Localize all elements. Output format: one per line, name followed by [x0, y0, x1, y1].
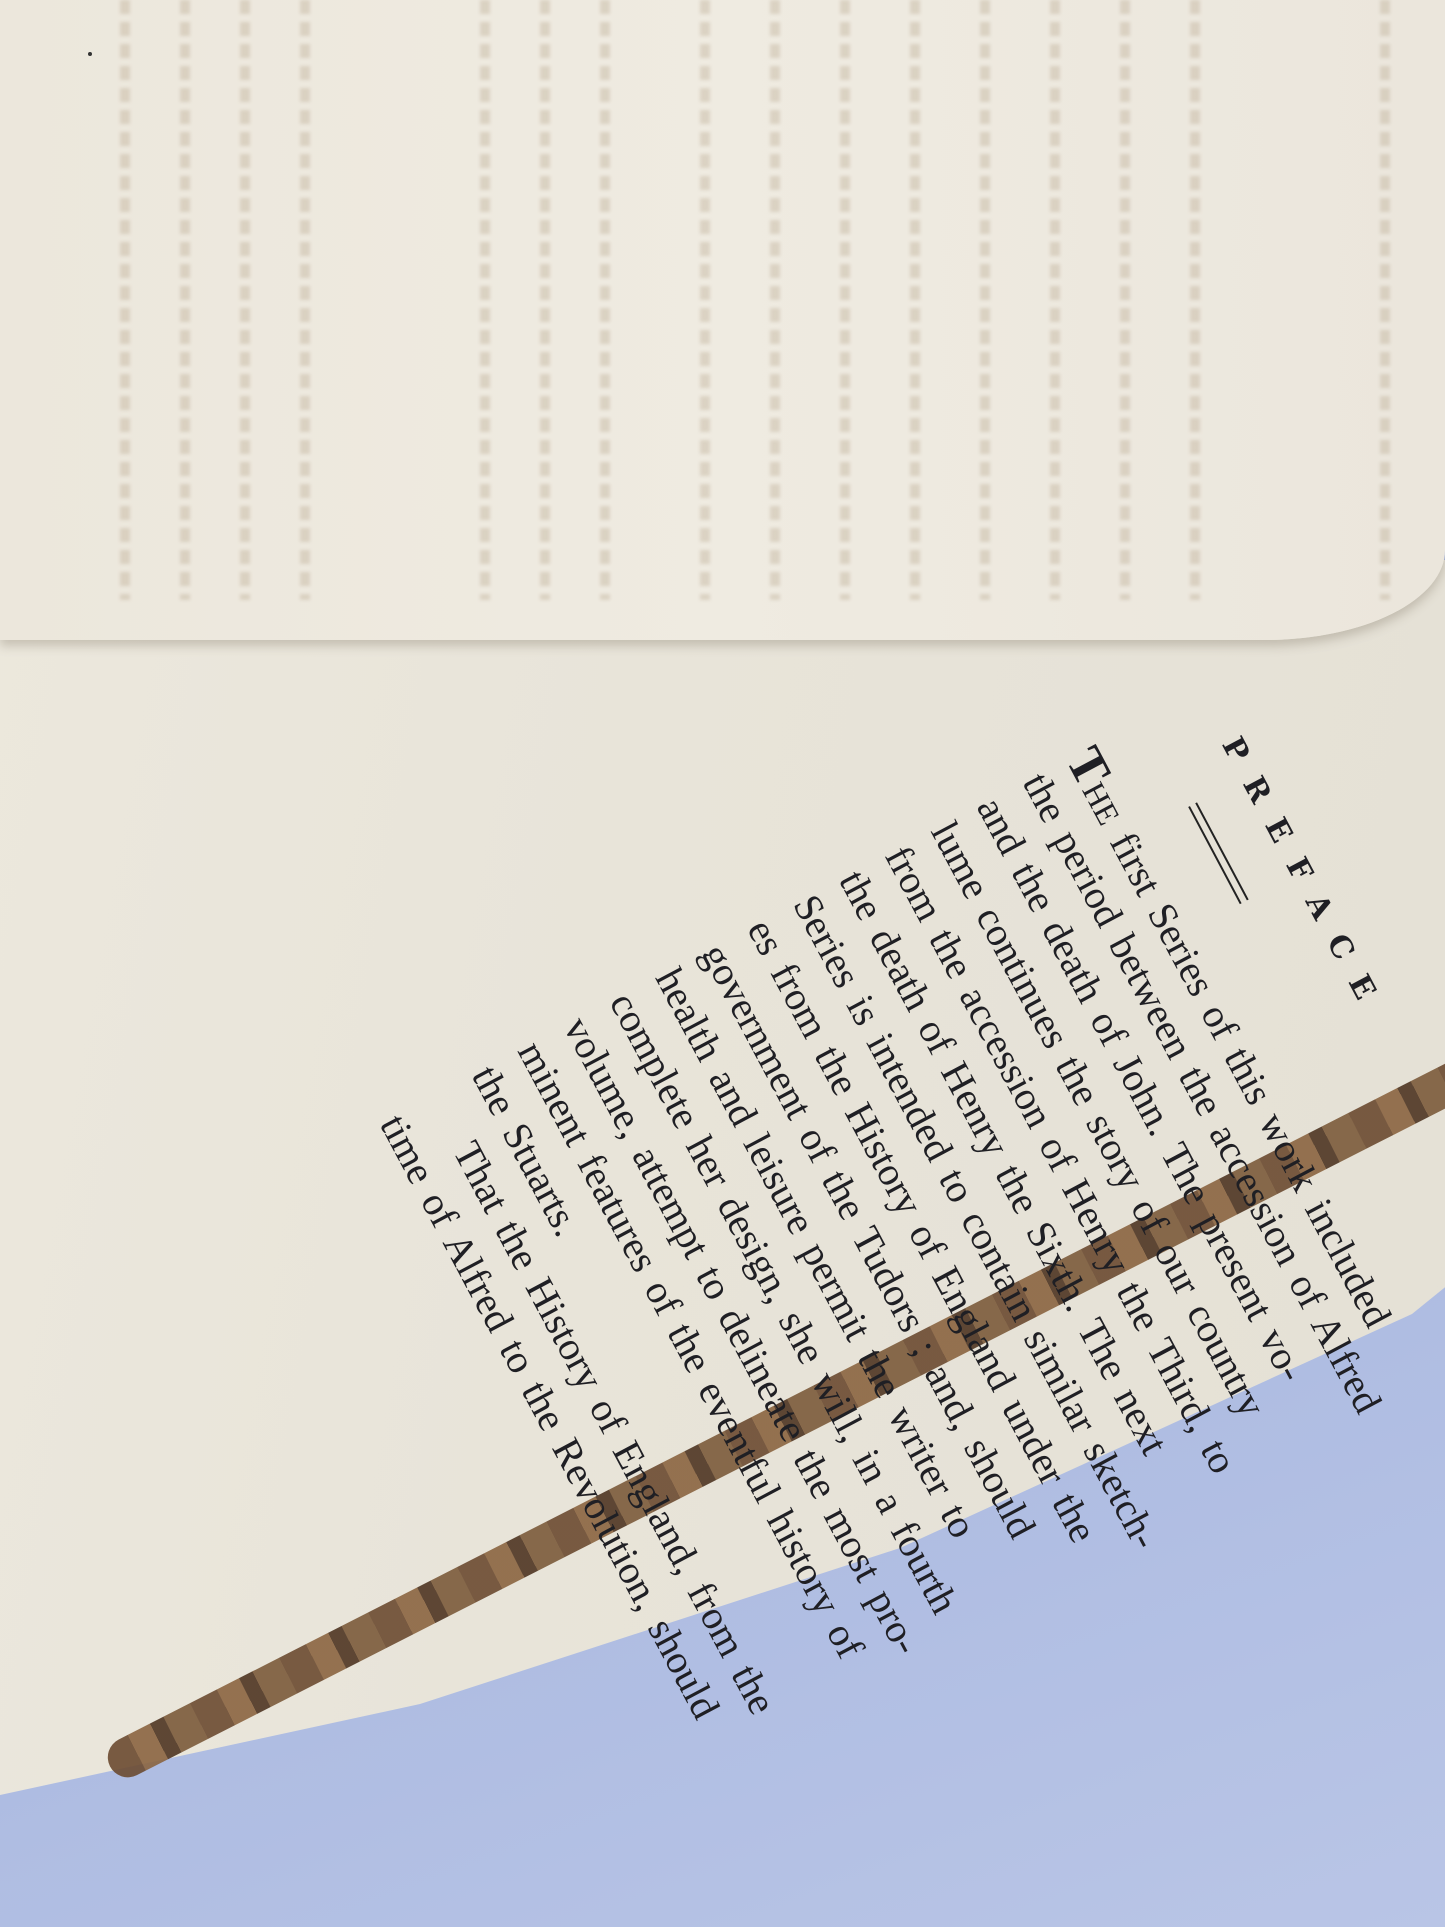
- bleed-through-text: [770, 0, 780, 600]
- bleed-through-text: [700, 0, 710, 600]
- bleed-through-text: [540, 0, 550, 600]
- bleed-through-text: [120, 0, 130, 600]
- bleed-through-text: [840, 0, 850, 600]
- bleed-through-text: [1120, 0, 1130, 600]
- bleed-through-text: [1190, 0, 1200, 600]
- bleed-through-text: [600, 0, 610, 600]
- bleed-through-text: [1380, 0, 1390, 600]
- turned-page: [0, 0, 1445, 640]
- bleed-through-text: [180, 0, 190, 600]
- bleed-through-text: [910, 0, 920, 600]
- bleed-through-text: [300, 0, 310, 600]
- bleed-through-text: [240, 0, 250, 600]
- bleed-through-text: [1050, 0, 1060, 600]
- bleed-through-text: [480, 0, 490, 600]
- bleed-through-text: [980, 0, 990, 600]
- ink-speck: [88, 52, 92, 56]
